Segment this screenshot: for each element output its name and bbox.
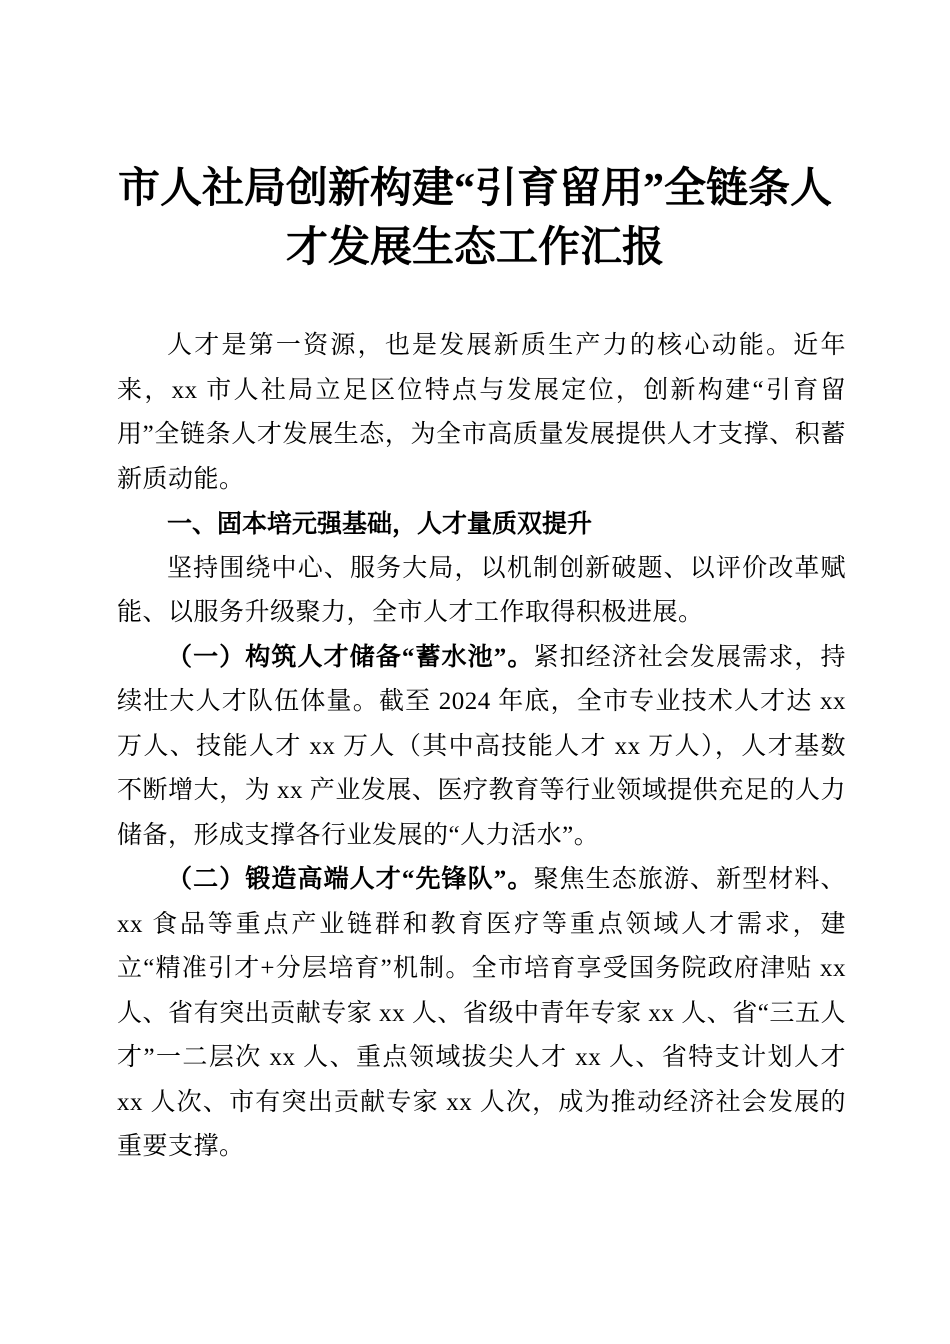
document-body: 人才是第一资源，也是发展新质生产力的核心动能。近年来，xx 市人社局立足区位特点… [117,324,846,1170]
document-title: 市人社局创新构建“引育留用”全链条人才发展生态工作汇报 [110,0,840,278]
item-one-paragraph: （一）构筑人才储备“蓄水池”。紧扣经济社会发展需求，持续壮大人才队伍体量。截至 … [117,636,846,859]
item-two-lead: （二）锻造高端人才“先锋队”。 [167,866,533,893]
item-two-text: 聚焦生态旅游、新型材料、xx 食品等重点产业链群和教育医疗等重点领域人才需求，建… [117,866,846,1160]
document-page: 市人社局创新构建“引育留用”全链条人才发展生态工作汇报 人才是第一资源，也是发展… [0,0,950,1344]
item-one-lead: （一）构筑人才储备“蓄水池”。 [167,644,533,671]
intro-paragraph: 人才是第一资源，也是发展新质生产力的核心动能。近年来，xx 市人社局立足区位特点… [117,324,846,502]
item-one-text: 紧扣经济社会发展需求，持续壮大人才队伍体量。截至 2024 年底，全市专业技术人… [117,644,846,849]
item-two-paragraph: （二）锻造高端人才“先锋队”。聚焦生态旅游、新型材料、xx 食品等重点产业链群和… [117,858,846,1170]
section-one-heading: 一、固本培元强基础，人才量质双提升 [117,502,846,547]
section-one-overview: 坚持围绕中心、服务大局，以机制创新破题、以评价改革赋能、以服务升级聚力，全市人才… [117,547,846,636]
